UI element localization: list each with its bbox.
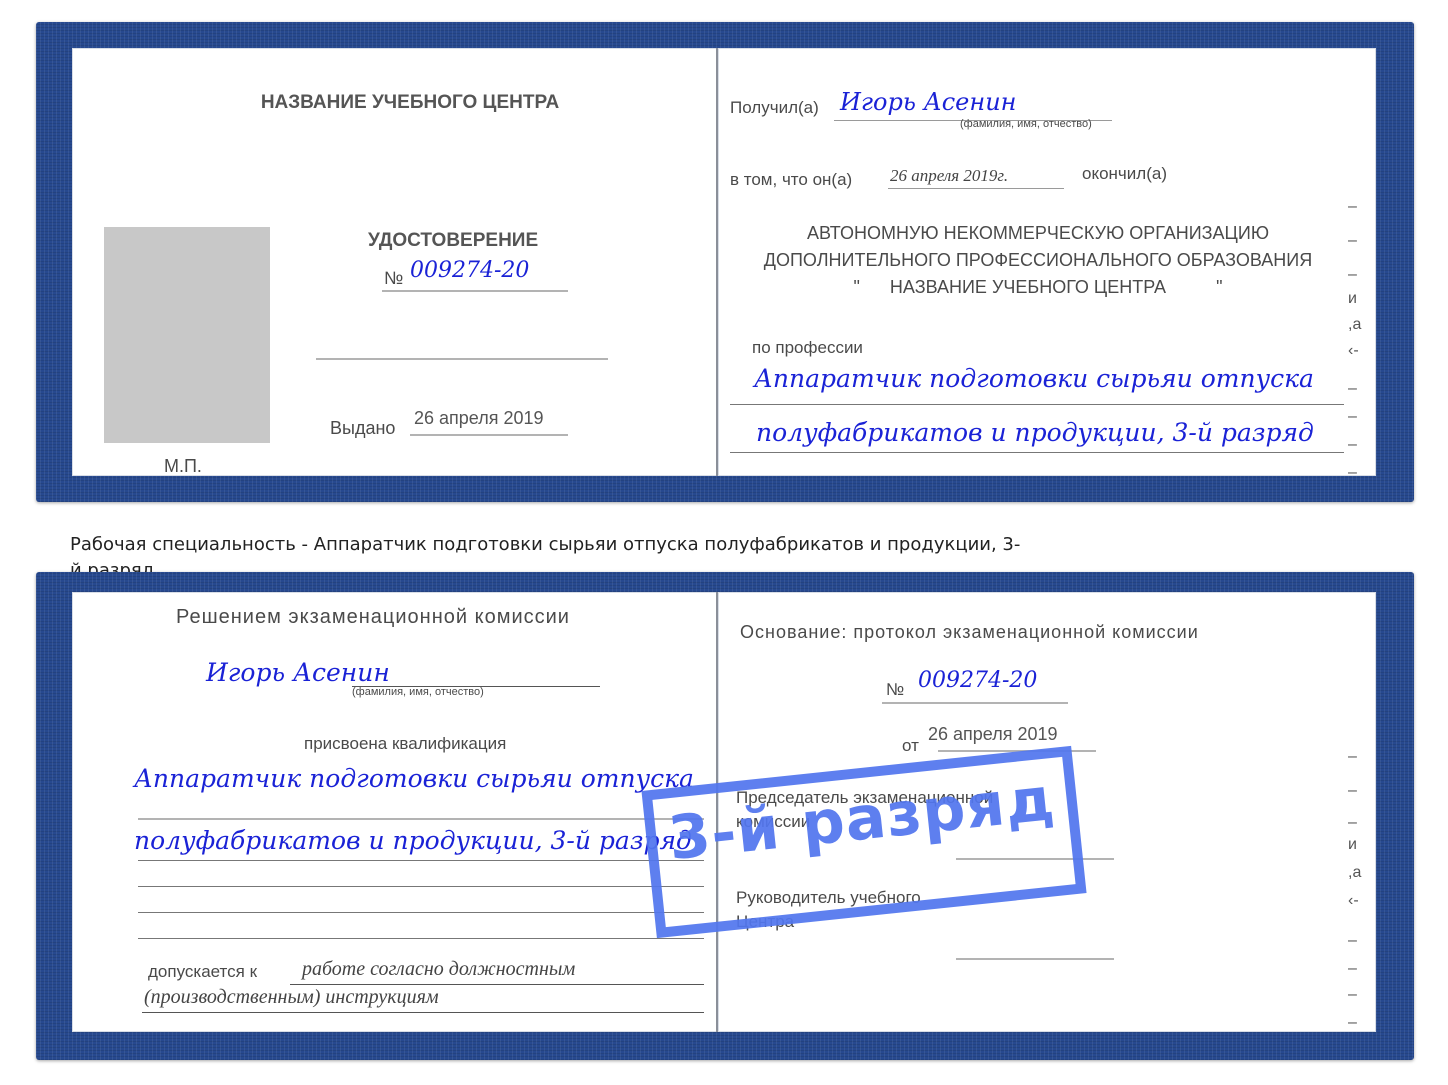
admitted-line-2: (производственным) инструкциям xyxy=(144,986,439,1009)
admitted-label: допускается к xyxy=(148,962,257,982)
fio-hint: (фамилия, имя, отчество) xyxy=(352,686,484,698)
profession-label: по профессии xyxy=(752,338,863,358)
head-signature-line xyxy=(956,958,1114,960)
qualification-line-1: Аппаратчик подготовки сырьяи отпуска xyxy=(134,764,694,793)
protocol-number-underline xyxy=(882,702,1068,704)
finished-label: окончил(а) xyxy=(1082,164,1167,184)
training-center-name: НАЗВАНИЕ УЧЕБНОГО ЦЕНТРА xyxy=(72,92,748,114)
admitted-underline-2 xyxy=(142,1012,704,1013)
qualification-line-2: полуфабрикатов и продукции, 3-й разряд xyxy=(134,826,692,855)
blank-line-4 xyxy=(138,938,704,939)
received-label: Получил(а) xyxy=(730,98,819,118)
certificate-number: 009274-20 xyxy=(410,258,529,283)
org-line-3: " НАЗВАНИЕ УЧЕБНОГО ЦЕНТРА " xyxy=(718,274,1358,301)
photo-placeholder xyxy=(104,227,270,443)
fio-hint: (фамилия, имя, отчество) xyxy=(960,118,1092,130)
certificate-right-page: Получил(а) Игорь Асенин (фамилия, имя, о… xyxy=(716,48,1376,476)
stamp-place-label: М.П. xyxy=(164,456,202,477)
protocol-number: 009274-20 xyxy=(918,668,1037,693)
blank-line xyxy=(316,358,608,360)
profession-line-2: полуфабрикатов и продукции, 3-й разряд xyxy=(756,418,1314,447)
that-date-underline xyxy=(888,188,1064,189)
issued-underline xyxy=(410,434,568,436)
that-date: 26 апреля 2019г. xyxy=(890,166,1008,186)
profession-line-1: Аппаратчик подготовки сырьяи отпуска xyxy=(754,364,1314,393)
received-name: Игорь Асенин xyxy=(840,88,1016,116)
qualification-underline-1 xyxy=(138,818,704,820)
profession-underline-1 xyxy=(730,404,1344,405)
number-underline xyxy=(382,290,568,292)
certificate-title: УДОСТОВЕРЕНИЕ xyxy=(368,230,538,252)
protocol-number-label: № xyxy=(886,680,904,700)
basis-title: Основание: протокол экзаменационной коми… xyxy=(740,622,1199,643)
qualification-label: присвоена квалификация xyxy=(304,734,506,754)
blank-line-2 xyxy=(138,886,704,887)
that-label: в том, что он(а) xyxy=(730,170,852,190)
blank-line-3 xyxy=(138,912,704,913)
number-label: № xyxy=(384,268,403,289)
protocol-date-label: от xyxy=(902,736,919,756)
blank-line-1 xyxy=(138,860,704,861)
org-line-1: АВТОНОМНУЮ НЕКОММЕРЧЕСКУЮ ОРГАНИЗАЦИЮ xyxy=(718,220,1358,247)
issued-label: Выдано xyxy=(330,418,395,439)
admitted-underline-1 xyxy=(290,984,704,985)
decision-title: Решением экзаменационной комиссии xyxy=(176,606,570,629)
admitted-line-1: работе согласно должностным xyxy=(302,958,575,981)
issued-date: 26 апреля 2019 xyxy=(414,408,544,429)
holder-name: Игорь Асенин xyxy=(206,658,390,687)
certificate-cover-top: НАЗВАНИЕ УЧЕБНОГО ЦЕНТРА М.П. УДОСТОВЕРЕ… xyxy=(36,22,1414,502)
org-line-2: ДОПОЛНИТЕЛЬНОГО ПРОФЕССИОНАЛЬНОГО ОБРАЗО… xyxy=(718,247,1358,274)
organization-name: АВТОНОМНУЮ НЕКОММЕРЧЕСКУЮ ОРГАНИЗАЦИЮ ДО… xyxy=(718,220,1358,301)
protocol-date: 26 апреля 2019 xyxy=(928,724,1058,745)
certificate-left-page: НАЗВАНИЕ УЧЕБНОГО ЦЕНТРА М.П. УДОСТОВЕРЕ… xyxy=(72,48,748,476)
profession-underline-2 xyxy=(730,452,1344,453)
